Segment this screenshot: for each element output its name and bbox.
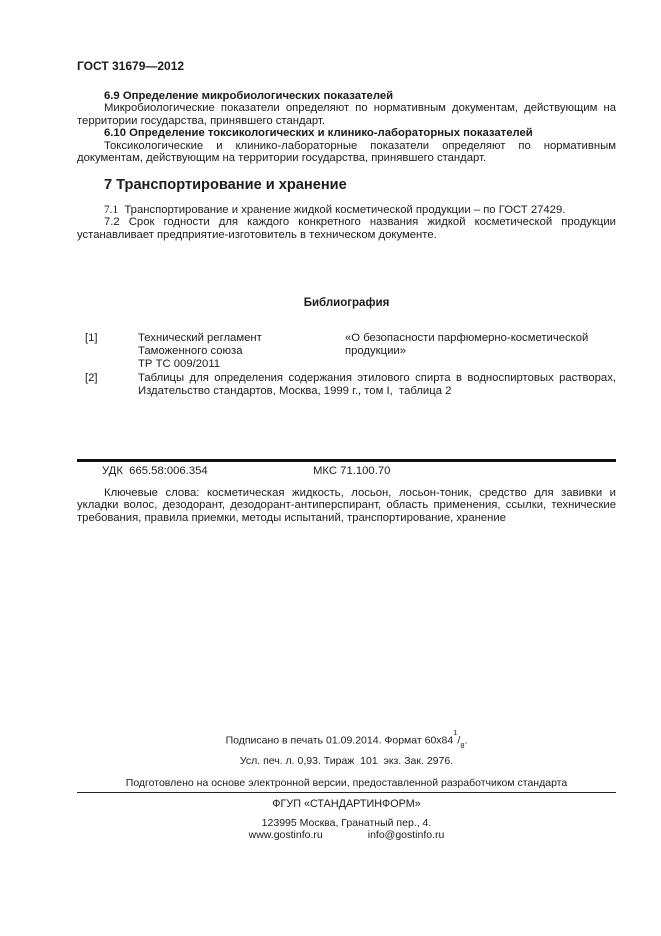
udk-code: УДК 665.58:006.354 xyxy=(102,465,208,477)
section-6-9-heading: 6.9 Определение микробиологических показ… xyxy=(77,90,616,102)
bibliography-list: [1] Технический регламент Таможенного со… xyxy=(77,332,616,398)
section-7-heading: 7 Транспортирование и хранение xyxy=(104,177,347,193)
bibliography-entry-2: [2] Таблицы для определения содержания э… xyxy=(77,372,616,398)
entry-number: [2] xyxy=(77,372,138,398)
entry-name-line: Технический регламент xyxy=(138,332,345,345)
bibliography-entry-1: [1] Технический регламент Таможенного со… xyxy=(77,332,616,372)
entry-text: Таблицы для определения содержания этило… xyxy=(138,372,616,398)
divider-line xyxy=(77,459,616,462)
mks-code: МКС 71.100.70 xyxy=(313,465,390,477)
entry-text-line: Таблицы для определения содержания этило… xyxy=(138,372,616,385)
imprint-format-suffix: . xyxy=(464,735,467,747)
publisher-contacts: www.gostinfo.ru info@gostinfo.ru xyxy=(77,829,616,841)
imprint-format-sub: 8 xyxy=(460,741,464,750)
entry-description: «О безопасности парфюмерно-косметической… xyxy=(345,332,616,372)
keywords-paragraph: Ключевые слова: косметическая жидкость, … xyxy=(77,487,616,524)
section-7-body: 7.1 Транспортирование и хранение жидкой … xyxy=(77,204,616,241)
section-6: 6.9 Определение микробиологических показ… xyxy=(77,90,616,164)
imprint-line-2: Усл. печ. л. 0,93. Тираж 101 экз. Зак. 2… xyxy=(77,755,616,767)
publisher-email: info@gostinfo.ru xyxy=(368,829,445,841)
section-6-10-paragraph: Токсикологические и клинико-лабораторные… xyxy=(77,140,616,165)
entry-name-line: Таможенного союза xyxy=(138,345,345,358)
imprint-line-3: Подготовлено на основе электронной верси… xyxy=(77,777,616,789)
document-page: ГОСТ 31679—2012 6.9 Определение микробио… xyxy=(0,0,661,936)
imprint-format-prefix: Подписано в печать 01.09.2014. Формат 60… xyxy=(226,735,454,747)
divider-line-footer xyxy=(77,792,616,793)
entry-name: Технический регламент Таможенного союза … xyxy=(138,332,345,372)
bibliography-title: Библиография xyxy=(77,297,616,309)
publisher-address: 123995 Москва, Гранатный пер., 4. xyxy=(77,817,616,829)
entry-text-line: Издательство стандартов, Москва, 1999 г.… xyxy=(138,385,616,398)
clause-7-1-text: Транспортирование и хранение жидкой косм… xyxy=(118,204,565,216)
clause-7-2: 7.2 Срок годности для каждого конкретног… xyxy=(77,216,616,241)
imprint-format-sup: 1 xyxy=(453,728,457,737)
running-header: ГОСТ 31679—2012 xyxy=(77,59,184,73)
entry-number: [1] xyxy=(77,332,138,372)
clause-7-1-number: 7.1 xyxy=(104,204,118,216)
section-6-9-paragraph: Микробиологические показатели определяют… xyxy=(77,102,616,127)
imprint-line-1: Подписано в печать 01.09.2014. Формат 60… xyxy=(77,731,616,751)
clause-7-1: 7.1 Транспортирование и хранение жидкой … xyxy=(77,204,616,216)
publisher-website: www.gostinfo.ru xyxy=(249,829,323,841)
section-6-10-heading: 6.10 Определение токсикологических и кли… xyxy=(77,127,616,139)
entry-name-line: ТР ТС 009/2011 xyxy=(138,358,345,371)
publisher-name: ФГУП «СТАНДАРТИНФОРМ» xyxy=(77,798,616,810)
